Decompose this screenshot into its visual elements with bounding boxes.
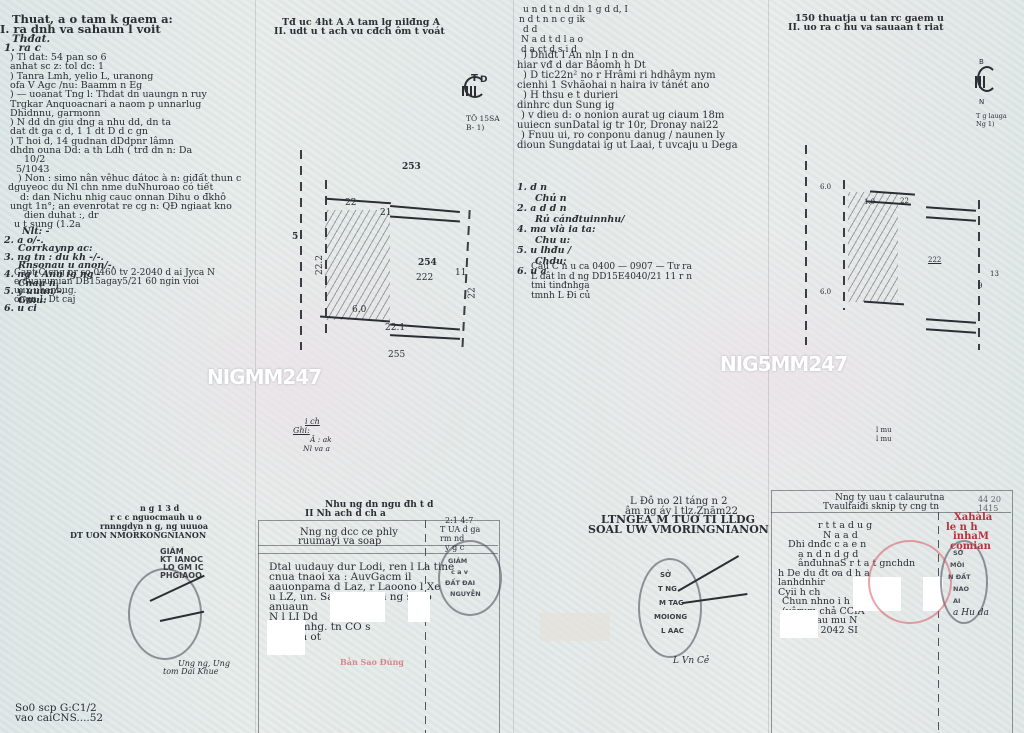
parcel-number: 255: [388, 350, 405, 360]
header-line: II. uo ra c hu va sauaan t riat: [788, 22, 944, 33]
boundary-line: [926, 318, 976, 323]
text-line: M TAG: [659, 598, 684, 609]
parcel-area: 222: [928, 256, 941, 264]
text-line: ongn L Dt caj: [14, 295, 75, 306]
dimension-label: 22: [468, 287, 478, 298]
dimension-label: 11: [455, 268, 466, 278]
parcel-hatched-area: [848, 192, 898, 302]
compass-north-icon: B N: [973, 58, 1003, 108]
compass-sub: B- 1): [466, 122, 484, 133]
parcel-dashed-edge: [805, 145, 807, 345]
redaction: [267, 620, 305, 655]
boundary-line: [926, 216, 976, 221]
dimension-label: 6.0: [820, 183, 831, 191]
text-line: c a v: [451, 567, 468, 578]
dimension-label: 22: [900, 197, 909, 205]
parcel-area: 222: [416, 273, 433, 283]
redaction: [330, 592, 385, 622]
text-line: vao caiCNS....52: [15, 713, 103, 724]
sub-item: 4. ma vlà ia ta:: [517, 224, 595, 235]
certified-copy-signature: Bản Sao Đúng: [340, 657, 404, 668]
parcel-plot: 253 254 222 255 22 21 6.0 22.1 5 22.2 11…: [280, 140, 500, 370]
sub-item: 5. u lhđu /: [517, 245, 571, 256]
dimension-label: 22: [345, 198, 356, 208]
parcel-dashed-edge: [461, 210, 470, 350]
boundary-line: [390, 205, 460, 213]
parcel-dashed-edge: [978, 200, 980, 350]
red-seal: [868, 540, 952, 624]
text-line: L AAC: [661, 626, 684, 637]
signature: a Hu da: [953, 608, 989, 619]
dimension-label: 6.0: [352, 305, 366, 315]
text-line: y g c: [445, 542, 464, 553]
table-title: II Nh ach d ch a: [305, 509, 386, 520]
text-line: N ĐẤT: [948, 572, 971, 583]
text-line: NGUYỄN: [450, 589, 481, 600]
faded-patch: [540, 613, 610, 641]
parcel-hatched-area: [325, 210, 390, 320]
table-column-divider: [425, 520, 426, 733]
dimension-label: 22.1: [385, 323, 405, 333]
text-line: T NG: [658, 584, 677, 595]
dimension-label: 6.0: [820, 288, 831, 296]
text-line: MÔI: [950, 560, 964, 571]
legend-label: Ghi:: [293, 425, 310, 436]
table-column-divider: [938, 512, 939, 733]
legend-item: Nl va a: [303, 443, 330, 454]
sub-item: Rủ cánđtuinnhu/: [535, 214, 625, 225]
table-header: Tvaulfaiđi sknip ty cng tn: [823, 502, 939, 513]
text-line: GIÁM: [448, 556, 467, 567]
boundary-line: [390, 216, 460, 223]
text-line: tmnh L Đi củ: [531, 291, 590, 302]
redaction: [780, 610, 818, 638]
boundary-line: [326, 198, 391, 205]
parcel-dashed-edge: [843, 180, 845, 310]
text-line: AI: [953, 596, 960, 607]
text-line: SỞ: [660, 570, 671, 581]
text-line: dioun Sungdatai ig ut Laai, t uvcaju u D…: [517, 140, 738, 151]
panel-plot-left: Tđ uc 4ht A A tam lg nilđng A II. udt u …: [255, 0, 513, 733]
dimension-label: 9: [978, 282, 982, 290]
redaction: [408, 592, 430, 622]
boundary-line: [864, 301, 904, 306]
corner-number: 1415: [978, 503, 998, 514]
compass-sub: Ng 1): [976, 119, 995, 130]
parcel-dashed-edge: [300, 150, 302, 350]
text-line: MOIONG: [654, 612, 687, 623]
dimension-label: 5: [292, 232, 298, 242]
sub-item: 1. d n: [517, 182, 547, 193]
parcel-number: 254: [418, 258, 437, 268]
dimension-label: 21: [380, 208, 391, 218]
compass-north-icon: T D: [460, 70, 490, 110]
text-line: NAO: [953, 584, 969, 595]
parcel-number: 253: [402, 162, 421, 172]
boundary-line: [926, 328, 976, 333]
text-line: comian: [950, 541, 991, 552]
dimension-label: 22.2: [315, 255, 325, 275]
signer-name: L Vn Cẻ: [673, 656, 709, 667]
sub-item: 2. a d d n: [517, 203, 567, 214]
sub-item: Chu u:: [535, 235, 570, 246]
text-line: ĐẤT ĐAI: [445, 578, 475, 589]
parcel-plot: 6.0 1.0 22 6.0 13 222 9: [790, 140, 1020, 360]
table-header: ruumayi va soap: [298, 536, 381, 547]
sub-item: Chủ n: [535, 193, 567, 204]
panel-land-info-right: u n d t n d dn 1 g d d, In d t n n c g i…: [513, 0, 768, 733]
parcel-dashed-edge: [325, 180, 327, 340]
boundary-line: [390, 334, 460, 340]
panel-land-info-left: Thuat, a o tam k gaem a: I. ra dnh va sa…: [0, 0, 255, 733]
dimension-label: 1.0: [864, 198, 875, 206]
text-line: tom Dai Khue: [163, 666, 218, 677]
legend-item: l mu: [876, 434, 892, 445]
dimension-label: 13: [990, 270, 999, 278]
text-line: DT UON NMORKONGNIANON: [70, 530, 206, 541]
panel-plot-right: 150 thuatja u tan rc gaem u II. uo ra c …: [768, 0, 1024, 733]
boundary-line: [926, 206, 976, 211]
header-line: II. udt u t ach vu cđch ôm t voát: [274, 26, 445, 37]
issuing-authority: SOAL UW VMORINGNIANON: [588, 524, 769, 535]
